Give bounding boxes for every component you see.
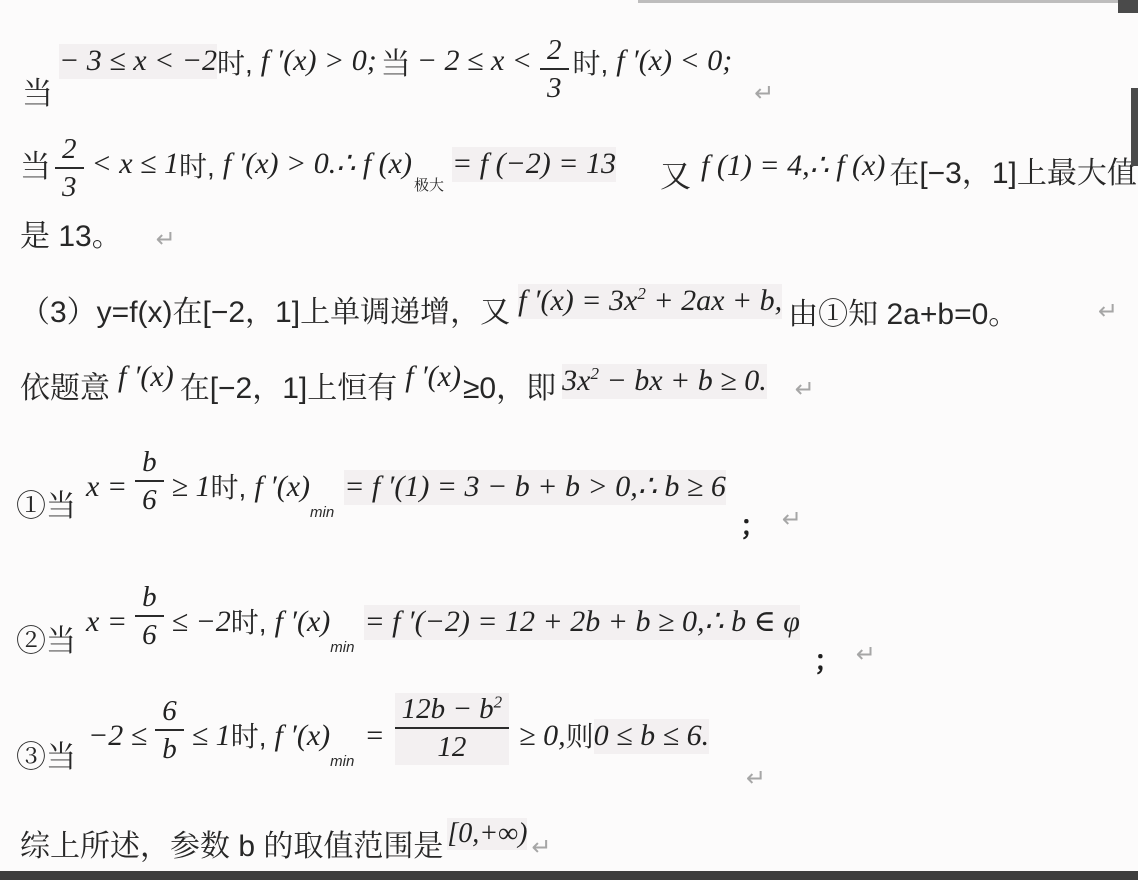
semicolon-mark: ；: [740, 510, 768, 542]
chinese-text: 当: [22, 76, 53, 112]
math-expression: f ′(x): [275, 605, 331, 640]
subscript-jida: 极大: [414, 177, 444, 194]
fraction-b-over-6: b 6: [135, 446, 164, 518]
fraction-numerator: 2: [540, 34, 569, 70]
superscript-2: 2: [494, 692, 503, 711]
chinese-text: 由①知 2a+b=0。: [788, 298, 1018, 333]
solution-line-8: ③当 −2 ≤ 6 b ≤ 1 时, f ′(x) min = 12b − b2…: [16, 691, 709, 776]
scan-artifact-top-edge: [638, 0, 1138, 3]
math-part: + 2ax + b,: [646, 284, 782, 317]
chinese-text: 时,: [179, 151, 215, 183]
solution-line-1: 当 − 3 ≤ x < −2 时, f ′(x) > 0; 当 − 2 ≤ x …: [22, 34, 774, 112]
math-expression: f ′(x): [405, 360, 461, 395]
chinese-text: 又: [660, 159, 691, 195]
chinese-text: （3）y=f(x)在[−2，1]上单调递增，又: [20, 296, 510, 331]
solution-line-6: ①当 x = b 6 ≥ 1 时, f ′(x) min = f ′(1) = …: [16, 446, 802, 542]
math-expression: < x ≤ 1: [92, 147, 180, 182]
fraction-denominator: b: [155, 731, 184, 766]
item-2-label: ②当: [16, 625, 76, 660]
solution-line-5: 依题意 f ′(x) 在[−2，1]上恒有 f ′(x) ≥0，即 3x2 − …: [20, 358, 815, 407]
fraction-denominator: 12: [395, 729, 510, 764]
return-mark: ↵: [782, 506, 802, 534]
math-expression: − 2 ≤ x <: [417, 44, 532, 79]
chinese-text: 当: [20, 149, 51, 185]
chinese-text: 时,: [211, 472, 247, 504]
math-expression: = f ′(1) = 3 − b + b > 0,∴ b ≥ 6: [344, 470, 726, 505]
math-expression: x =: [86, 605, 127, 640]
math-expression: = f (−2) = 13: [452, 147, 616, 182]
fraction-numerator: 6: [155, 695, 184, 731]
math-expression: 0 ≤ b ≤ 6.: [594, 719, 709, 754]
fraction-b-over-6: b 6: [135, 581, 164, 653]
return-mark: ↵: [531, 834, 551, 862]
scan-artifact-bottom-bar: [0, 871, 1138, 880]
math-expression: f ′(x) = 3x2 + 2ax + b,: [518, 284, 782, 319]
math-expression: f ′(x): [254, 470, 310, 505]
solution-line-2: 当 2 3 < x ≤ 1 时, f ′(x) > 0.∴ f (x) 极大 =…: [20, 133, 1137, 205]
chinese-text: 则: [566, 721, 594, 753]
fraction-12b-minus-b2-over-12: 12b − b2 12: [395, 693, 510, 765]
chinese-text: 依题意: [20, 372, 110, 407]
fraction-two-thirds: 2 3: [540, 34, 569, 106]
math-expression: [0,+∞): [447, 818, 527, 850]
subscript-min: min: [310, 504, 334, 521]
solution-line-7: ②当 x = b 6 ≤ −2 时, f ′(x) min = f ′(−2) …: [16, 581, 876, 677]
math-expression: f ′(x): [118, 360, 174, 395]
superscript-2: 2: [590, 364, 599, 383]
return-mark: ↵: [1098, 298, 1118, 326]
fraction-numerator: 12b − b2: [395, 693, 510, 729]
math-expression: ≥ 0,: [519, 719, 565, 754]
fraction-denominator: 3: [55, 169, 84, 204]
subscript-min: min: [330, 753, 354, 770]
math-expression: ≤ 1: [192, 719, 231, 754]
chinese-text: 时,: [231, 607, 267, 639]
math-part: − bx + b ≥ 0.: [599, 364, 767, 397]
math-expression: = f ′(−2) = 12 + 2b + b ≥ 0,∴ b ∈ φ: [364, 605, 799, 640]
math-expression: f ′(x) > 0.∴ f (x): [223, 147, 412, 182]
math-part: 3x: [562, 364, 590, 397]
math-expression: f ′(x): [274, 719, 330, 754]
math-expression: 3x2 − bx + b ≥ 0.: [562, 364, 767, 399]
fraction-numerator: 2: [55, 133, 84, 169]
item-1-label: ①当: [16, 490, 76, 525]
fraction-two-thirds: 2 3: [55, 133, 84, 205]
solution-line-9: 综上所述，参数 b 的取值范围是 [0,+∞) ↵: [20, 818, 552, 865]
math-expression: −2 ≤: [88, 719, 147, 754]
math-expression: x =: [86, 470, 127, 505]
fraction-numerator: b: [135, 581, 164, 617]
return-mark: ↵: [795, 376, 815, 404]
math-expression: f (1) = 4,∴ f (x): [701, 149, 885, 184]
chinese-text: ≥0，即: [463, 372, 556, 407]
return-mark: ↵: [856, 641, 876, 669]
math-expression: f ′(x) > 0;: [261, 44, 377, 79]
chinese-text: 时,: [217, 48, 253, 80]
math-part: f ′(x) = 3x: [518, 284, 637, 317]
subscript-min: min: [330, 639, 354, 656]
return-mark: ↵: [754, 80, 774, 108]
semicolon-mark: ；: [814, 645, 842, 677]
fraction-denominator: 6: [135, 617, 164, 652]
fraction-numerator: b: [135, 446, 164, 482]
chinese-text: 是 13。: [20, 220, 122, 255]
scan-artifact-corner: [1118, 0, 1138, 13]
solution-line-4: （3）y=f(x)在[−2，1]上单调递增，又 f ′(x) = 3x2 + 2…: [20, 284, 1130, 333]
scan-artifact-right-edge: [1131, 88, 1138, 166]
fraction-denominator: 3: [540, 70, 569, 105]
math-expression: ≥ 1: [172, 470, 211, 505]
chinese-text: 时,: [231, 721, 267, 753]
chinese-text: 在[−2，1]上恒有: [180, 372, 398, 407]
fraction-6-over-b: 6 b: [155, 695, 184, 767]
chinese-text: 在[−3，1]上最大值: [889, 157, 1137, 192]
math-expression: ≤ −2: [172, 605, 231, 640]
superscript-2: 2: [637, 284, 646, 303]
chinese-text: 综上所述，参数 b 的取值范围是: [20, 830, 443, 865]
scanned-math-solution-document: 当 − 3 ≤ x < −2 时, f ′(x) > 0; 当 − 2 ≤ x …: [0, 0, 1138, 880]
return-mark: ↵: [746, 765, 766, 793]
chinese-text: 时,: [573, 48, 609, 80]
return-mark: ↵: [156, 226, 176, 254]
solution-line-3: 是 13。 ↵: [20, 220, 176, 255]
math-expression: =: [364, 719, 384, 754]
fraction-denominator: 6: [135, 482, 164, 517]
math-part: 12b − b: [402, 693, 494, 725]
math-expression: − 3 ≤ x < −2: [59, 44, 217, 79]
item-3-label: ③当: [16, 741, 76, 776]
math-expression: f ′(x) < 0;: [616, 44, 732, 79]
chinese-text: 当: [381, 48, 411, 83]
